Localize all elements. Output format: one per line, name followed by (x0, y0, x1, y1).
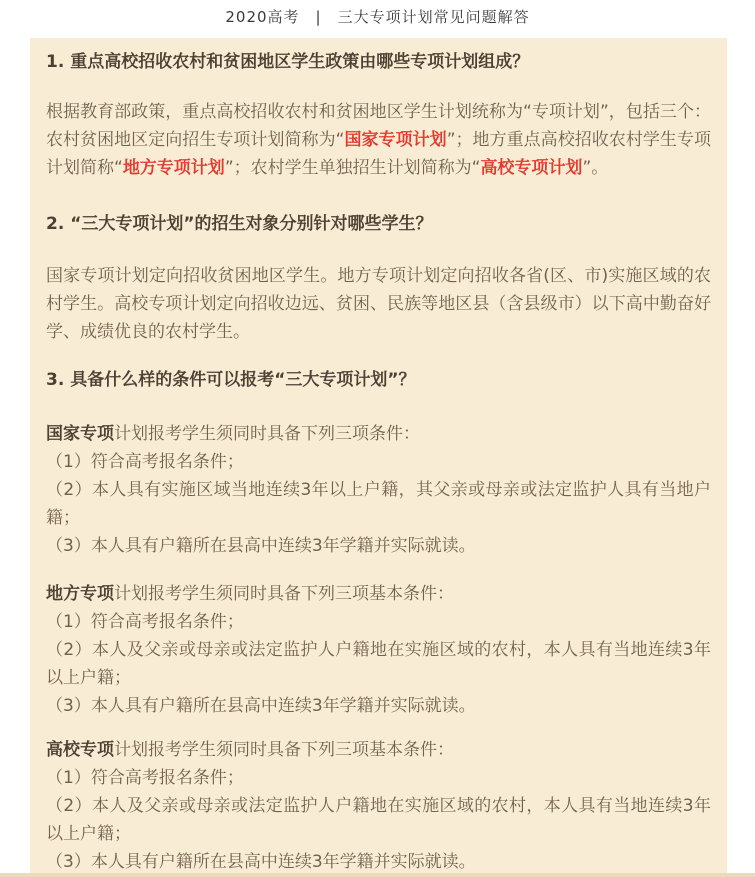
answer-2: 国家专项计划定向招收贫困地区学生。地方专项计划定向招收各省(区、市)实施区域的农… (46, 262, 711, 346)
text-segment: 计划报考学生须同时具备下列三项条件： (114, 424, 420, 444)
requirement-items-local: （1）符合高考报名条件；（2）本人及父亲或母亲或法定监护人户籍地在实施区域的农村… (46, 608, 711, 720)
answer-1: 根据教育部政策，重点高校招收农村和贫困地区学生计划统称为“专项计划”，包括三个：… (46, 98, 711, 182)
bottom-divider-strip (0, 873, 755, 877)
faq-section-1: 1. 重点高校招收农村和贫困地区学生政策由哪些专项计划组成？ 根据教育部政策，重… (46, 50, 711, 182)
question-2: 2. “三大专项计划”的招生对象分别针对哪些学生？ (46, 212, 711, 236)
content-panel: 1. 重点高校招收农村和贫困地区学生政策由哪些专项计划组成？ 根据教育部政策，重… (30, 38, 727, 877)
requirement-items-university: （1）符合高考报名条件；（2）本人及父亲或母亲或法定监护人户籍地在实施区域的农村… (46, 764, 711, 876)
article-title: 2020高考 | 三大专项计划常见问题解答 (0, 6, 755, 28)
requirement-item: （2）本人及父亲或母亲或法定监护人户籍地在实施区域的农村，本人具有当地连续3年以… (46, 636, 711, 692)
requirement-block-national: 国家专项计划报考学生须同时具备下列三项条件： （1）符合高考报名条件；（2）本人… (46, 420, 711, 560)
text-segment: 地方专项计划 (123, 158, 225, 178)
text-segment: ”。 (582, 158, 608, 178)
requirement-item: （3）本人具有户籍所在县高中连续3年学籍并实际就读。 (46, 532, 711, 560)
requirement-items-national: （1）符合高考报名条件；（2）本人具有实施区域当地连续3年以上户籍，其父亲或母亲… (46, 448, 711, 560)
faq-section-3: 3. 具备什么样的条件可以报考“三大专项计划”？ 国家专项计划报考学生须同时具备… (46, 368, 711, 876)
question-3: 3. 具备什么样的条件可以报考“三大专项计划”？ (46, 368, 711, 392)
requirement-intro-local: 地方专项计划报考学生须同时具备下列三项基本条件： (46, 580, 711, 608)
text-segment: 计划报考学生须同时具备下列三项基本条件： (114, 584, 454, 604)
text-segment: 国家专项 (46, 424, 114, 444)
faq-section-2: 2. “三大专项计划”的招生对象分别针对哪些学生？ 国家专项计划定向招收贫困地区… (46, 212, 711, 346)
text-segment: 高校专项计划 (480, 158, 582, 178)
requirement-item: （2）本人具有实施区域当地连续3年以上户籍，其父亲或母亲或法定监护人具有当地户籍… (46, 476, 711, 532)
requirement-item: （3）本人具有户籍所在县高中连续3年学籍并实际就读。 (46, 848, 711, 876)
requirement-item: （3）本人具有户籍所在县高中连续3年学籍并实际就读。 (46, 692, 711, 720)
article-page: 2020高考 | 三大专项计划常见问题解答 1. 重点高校招收农村和贫困地区学生… (0, 0, 755, 877)
requirement-block-local: 地方专项计划报考学生须同时具备下列三项基本条件： （1）符合高考报名条件；（2）… (46, 580, 711, 720)
requirement-item: （1）符合高考报名条件； (46, 608, 711, 636)
text-segment: 国家专项计划 (344, 130, 446, 150)
text-segment: 地方专项 (46, 584, 114, 604)
text-segment: 高校专项 (46, 740, 114, 760)
text-segment: ”；农村学生单独招生计划简称为“ (225, 158, 481, 178)
requirement-item: （1）符合高考报名条件； (46, 764, 711, 792)
requirement-block-university: 高校专项计划报考学生须同时具备下列三项基本条件： （1）符合高考报名条件；（2）… (46, 736, 711, 876)
question-1: 1. 重点高校招收农村和贫困地区学生政策由哪些专项计划组成？ (46, 50, 711, 74)
requirement-intro-national: 国家专项计划报考学生须同时具备下列三项条件： (46, 420, 711, 448)
requirement-item: （2）本人及父亲或母亲或法定监护人户籍地在实施区域的农村，本人具有当地连续3年以… (46, 792, 711, 848)
requirement-item: （1）符合高考报名条件； (46, 448, 711, 476)
text-segment: 计划报考学生须同时具备下列三项基本条件： (114, 740, 454, 760)
requirement-intro-university: 高校专项计划报考学生须同时具备下列三项基本条件： (46, 736, 711, 764)
